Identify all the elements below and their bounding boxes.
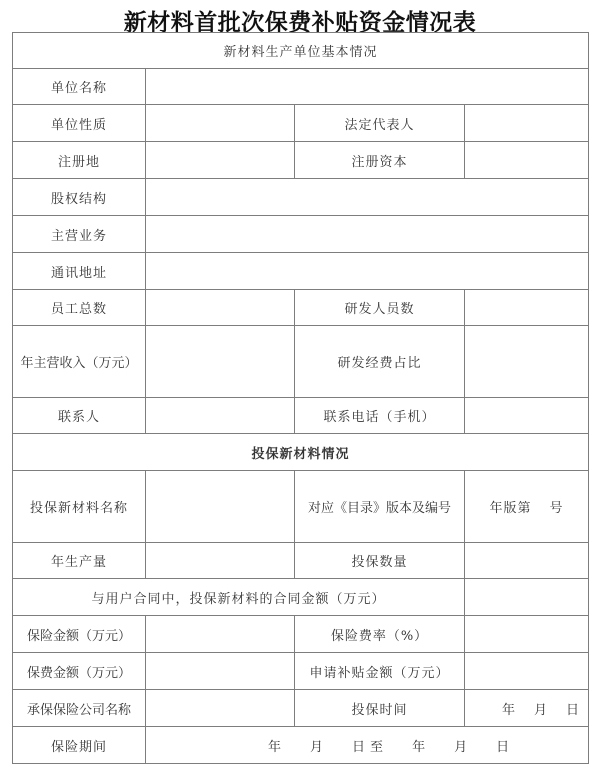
- total-employees-field[interactable]: [146, 290, 295, 326]
- insure-date-year: 年: [502, 703, 516, 718]
- label-legal-representative: 法定代表人: [295, 105, 465, 142]
- subsidy-amount-field[interactable]: [465, 653, 589, 690]
- catalog-version-field[interactable]: 年版第号: [465, 471, 589, 543]
- label-insured-quantity: 投保数量: [295, 543, 465, 579]
- legal-representative-field[interactable]: [465, 105, 589, 142]
- period-start-year: 年: [268, 740, 282, 755]
- mailing-address-field[interactable]: [146, 253, 589, 290]
- premium-rate-field[interactable]: [465, 616, 589, 653]
- insure-date-day: 日: [566, 703, 580, 718]
- period-start-day: 日: [352, 740, 366, 755]
- unit-nature-field[interactable]: [146, 105, 295, 142]
- period-end-year: 年: [412, 740, 426, 755]
- section-heading-insured-material: 投保新材料情况: [13, 434, 589, 471]
- label-registered-capital: 注册资本: [295, 142, 465, 179]
- label-insure-date: 投保时间: [295, 690, 465, 727]
- label-rd-expense-ratio: 研发经费占比: [295, 326, 465, 398]
- label-annual-revenue: 年主营收入（万元）: [13, 326, 146, 398]
- label-premium-amount: 保费金额（万元）: [13, 653, 146, 690]
- material-name-field[interactable]: [146, 471, 295, 543]
- insured-quantity-field[interactable]: [465, 543, 589, 579]
- main-business-field[interactable]: [146, 216, 589, 253]
- period-to: 至: [370, 740, 384, 755]
- label-contact-person: 联系人: [13, 398, 146, 434]
- label-rd-staff: 研发人员数: [295, 290, 465, 326]
- contact-person-field[interactable]: [146, 398, 295, 434]
- label-insurer-name: 承保保险公司名称: [13, 690, 146, 727]
- catalog-number-text: 号: [550, 501, 564, 516]
- label-insurance-period: 保险期间: [13, 727, 146, 764]
- insurer-name-field[interactable]: [146, 690, 295, 727]
- registered-capital-field[interactable]: [465, 142, 589, 179]
- label-total-employees: 员工总数: [13, 290, 146, 326]
- premium-amount-field[interactable]: [146, 653, 295, 690]
- label-unit-nature: 单位性质: [13, 105, 146, 142]
- insure-date-month: 月: [534, 703, 548, 718]
- label-mailing-address: 通讯地址: [13, 253, 146, 290]
- annual-output-field[interactable]: [146, 543, 295, 579]
- label-catalog-version: 对应《目录》版本及编号: [295, 471, 465, 543]
- label-unit-name: 单位名称: [13, 69, 146, 105]
- period-end-day: 日: [496, 740, 510, 755]
- unit-name-field[interactable]: [146, 69, 589, 105]
- insured-amount-field[interactable]: [146, 616, 295, 653]
- label-contract-amount: 与用户合同中，投保新材料的合同金额（万元）: [13, 579, 465, 616]
- annual-revenue-field[interactable]: [146, 326, 295, 398]
- equity-structure-field[interactable]: [146, 179, 589, 216]
- insure-date-field[interactable]: 年月日: [465, 690, 589, 727]
- label-material-name: 投保新材料名称: [13, 471, 146, 543]
- label-annual-output: 年生产量: [13, 543, 146, 579]
- rd-expense-ratio-field[interactable]: [465, 326, 589, 398]
- contract-amount-field[interactable]: [465, 579, 589, 616]
- contact-phone-field[interactable]: [465, 398, 589, 434]
- label-premium-rate: 保险费率（%）: [295, 616, 465, 653]
- label-subsidy-amount: 申请补贴金额（万元）: [295, 653, 465, 690]
- insurance-period-field[interactable]: 年月日至年月日: [146, 727, 589, 764]
- label-main-business: 主营业务: [13, 216, 146, 253]
- catalog-year-text: 年版第: [489, 501, 531, 516]
- registered-place-field[interactable]: [146, 142, 295, 179]
- subsidy-form-table: 新材料生产单位基本情况 单位名称 单位性质 法定代表人 注册地 注册资本 股权结…: [12, 32, 589, 764]
- label-contact-phone: 联系电话（手机）: [295, 398, 465, 434]
- label-registered-place: 注册地: [13, 142, 146, 179]
- rd-staff-field[interactable]: [465, 290, 589, 326]
- period-end-month: 月: [454, 740, 468, 755]
- label-equity-structure: 股权结构: [13, 179, 146, 216]
- label-insured-amount: 保险金额（万元）: [13, 616, 146, 653]
- section-heading-producer: 新材料生产单位基本情况: [13, 33, 589, 69]
- period-start-month: 月: [310, 740, 324, 755]
